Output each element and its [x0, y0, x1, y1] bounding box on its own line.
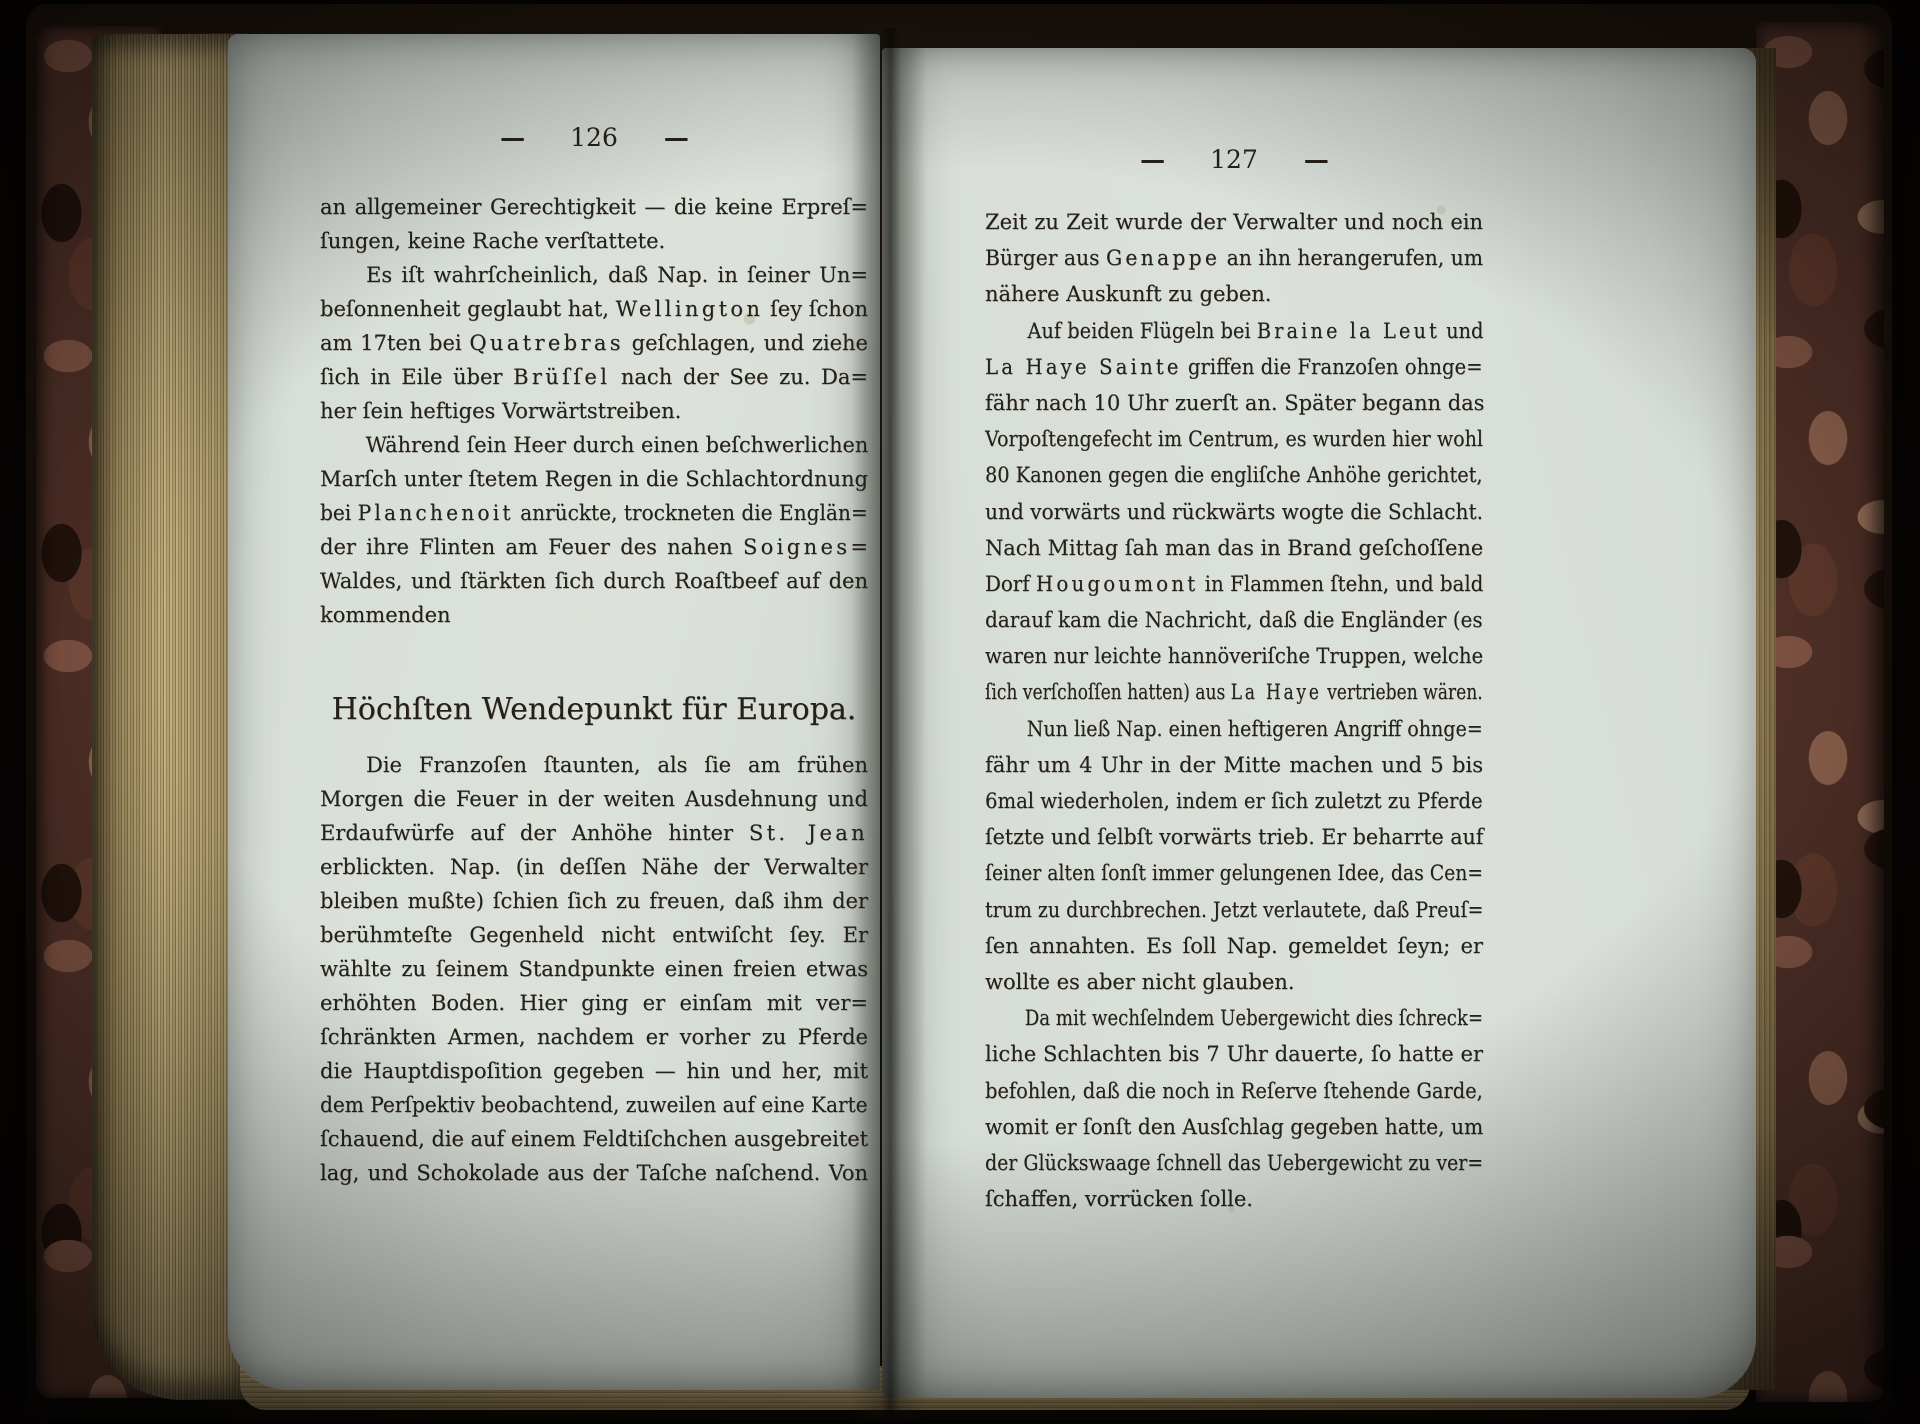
text-line: bei Planchenoit anrückte, trockneten die… [320, 496, 845, 530]
left-page-paper: — 126 — an allgemeiner Gerechtigkeit — d… [228, 34, 880, 1390]
text-line: ſungen, keine Rache verſtattete. [320, 224, 868, 258]
text-line: ſchauend, die auf einem Feldtiſchchen au… [320, 1122, 866, 1156]
photo-backdrop: — 126 — an allgemeiner Gerechtigkeit — d… [0, 0, 1920, 1424]
text-line: womit er ſonſt den Ausſchlag gegeben hat… [985, 1109, 1466, 1145]
text-line: ſich in Eile über Brüſſel nach der See z… [320, 360, 868, 394]
letterspaced-name: Genappe [1106, 246, 1220, 270]
section-heading: Höchſten Wendepunkt für Europa. [320, 688, 868, 732]
letterspaced-name: La Haye Sainte [985, 355, 1182, 379]
text-line: Nun ließ Nap. einen heftigeren Angriff o… [985, 711, 1437, 747]
text-line: fähr um 4 Uhr in der Mitte machen und 5 … [985, 747, 1483, 783]
text-line: Es iſt wahrſcheinlich, daß Nap. in ſeine… [320, 258, 868, 292]
text-line: bleiben mußte) ſchien ſich zu freuen, da… [320, 884, 868, 918]
text-line: fähr nach 10 Uhr zuerſt an. Später began… [985, 385, 1483, 421]
text-line: ſen annahten. Es ſoll Nap. gemeldet ſeyn… [985, 928, 1483, 964]
text-line: ſeiner alten ſonſt immer gelungenen Idee… [985, 855, 1430, 891]
right-page-body: Zeit zu Zeit wurde der Verwalter und noc… [985, 204, 1483, 1217]
right-page-header: — 127 — [985, 140, 1483, 180]
text-line: darauf kam die Nachricht, daß die Englän… [985, 602, 1459, 638]
letterspaced-name: Braine la Leut [1257, 319, 1440, 343]
text-line: erhöhten Boden. Hier ging er einſam mit … [320, 986, 868, 1020]
header-dash-icon: — [664, 118, 688, 158]
text-line: an allgemeiner Gerechtigkeit — die keine… [320, 190, 868, 224]
page-number: 126 [570, 118, 618, 158]
text-line: liche Schlachten bis 7 Uhr dauerte, ſo h… [985, 1036, 1483, 1072]
text-line: lag, und Schokolade aus der Taſche naſch… [320, 1156, 868, 1190]
letterspaced-name: Hougoumont [1036, 572, 1198, 596]
letterspaced-name: Quatrebras [469, 331, 624, 355]
page-number: 127 [1210, 140, 1258, 180]
text-line: berühmteſte Gegenheld nicht entwiſcht ſe… [320, 918, 868, 952]
text-line: Nach Mittag ſah man das in Brand geſchoſ… [985, 530, 1480, 566]
text-line: ſchaffen, vorrücken ſolle. [985, 1181, 1483, 1217]
text-line: 80 Kanonen gegen die engliſche Anhöhe ge… [985, 457, 1443, 493]
text-line: ſchränkten Armen, nachdem er vorher zu P… [320, 1020, 868, 1054]
text-line: La Haye Sainte griffen die Franzoſen ohn… [985, 349, 1451, 385]
text-line: ſetzte und ſelbſt vorwärts trieb. Er beh… [985, 819, 1473, 855]
text-line: Marſch unter ſtetem Regen in die Schlach… [320, 462, 868, 496]
letterspaced-name: Wellington [616, 297, 764, 321]
text-line: wählte zu ſeinem Standpunkte einen freie… [320, 952, 868, 986]
text-line: befohlen, daß die noch in Reſerve ſtehen… [985, 1073, 1445, 1109]
letterspaced-name: La Haye [1231, 680, 1322, 704]
letterspaced-name: Soignes [743, 535, 850, 559]
left-page-edges [92, 33, 248, 1400]
text-line: kommenden [320, 598, 868, 632]
text-line: und vorwärts und rückwärts wogte die Sch… [985, 494, 1462, 530]
text-line: trum zu durchbrechen. Jetzt verlautete, … [985, 892, 1434, 928]
letterspaced-name: Brüſſel [513, 365, 610, 389]
text-line: die Hauptdispoſition gegeben — hin und h… [320, 1054, 868, 1088]
text-line: dem Perſpektiv beobachtend, zuweilen auf… [320, 1088, 845, 1122]
text-line: beſonnenheit geglaubt hat, Wellington ſe… [320, 292, 868, 326]
text-line: 6mal wiederholen, indem er ſich zuletzt … [985, 783, 1450, 819]
text-line: Bürger aus Genappe an ihn herangerufen, … [985, 240, 1467, 276]
text-line: Erdaufwürfe auf der Anhöhe hinter St. Je… [320, 816, 868, 850]
left-page-text-column: — 126 — an allgemeiner Gerechtigkeit — d… [320, 118, 868, 1190]
text-line: erblickten. Nap. (in deſſen Nähe der Ver… [320, 850, 868, 884]
header-dash-icon: — [500, 118, 524, 158]
text-line: Die Franzoſen ſtaunten, als ſie am frühe… [320, 748, 868, 782]
letterspaced-name: St. Jean [749, 821, 868, 845]
text-line: Vorpoſtengefecht im Centrum, es wurden h… [985, 421, 1437, 457]
left-page-header: — 126 — [320, 118, 868, 158]
right-page-text-column: — 127 — Zeit zu Zeit wurde der Verwalter… [985, 140, 1483, 1217]
open-book: — 126 — an allgemeiner Gerechtigkeit — d… [26, 4, 1892, 1420]
right-page-paper: — 127 — Zeit zu Zeit wurde der Verwalter… [882, 48, 1756, 1398]
header-dash-icon: — [1140, 140, 1164, 180]
text-line: Waldes, und ſtärkten ſich durch Roaſtbee… [320, 564, 868, 598]
header-dash-icon: — [1304, 140, 1328, 180]
letterspaced-name: Planchenoit [358, 501, 514, 525]
text-line: Dorf Hougoumont in Flammen ſtehn, und ba… [985, 566, 1455, 602]
text-line: der Glückswaage ſchnell das Uebergewicht… [985, 1145, 1433, 1181]
text-line: am 17ten bei Quatrebras geſchlagen, und … [320, 326, 868, 360]
text-line: Auf beiden Flügeln bei Braine la Leut un… [985, 313, 1444, 349]
text-line: der ihre Flinten am Feuer des nahen Soig… [320, 530, 868, 564]
text-line: Da mit wechſelndem Uebergewicht dies ſch… [985, 1000, 1415, 1036]
text-line: Morgen die Feuer in der weiten Ausdehnun… [320, 782, 868, 816]
text-line: her ſein heftiges Vorwärtstreiben. [320, 394, 868, 428]
text-line: Während ſein Heer durch einen beſchwerli… [320, 428, 863, 462]
left-page-body: an allgemeiner Gerechtigkeit — die keine… [320, 190, 868, 1190]
text-line: Zeit zu Zeit wurde der Verwalter und noc… [985, 204, 1483, 240]
text-line: wollte es aber nicht glauben. [985, 964, 1483, 1000]
text-line: ſich verſchoſſen hatten) aus La Haye ver… [985, 674, 1390, 710]
text-line: waren nur leichte hannöveriſche Truppen,… [985, 638, 1450, 674]
text-line: nähere Auskunft zu geben. [985, 276, 1483, 312]
